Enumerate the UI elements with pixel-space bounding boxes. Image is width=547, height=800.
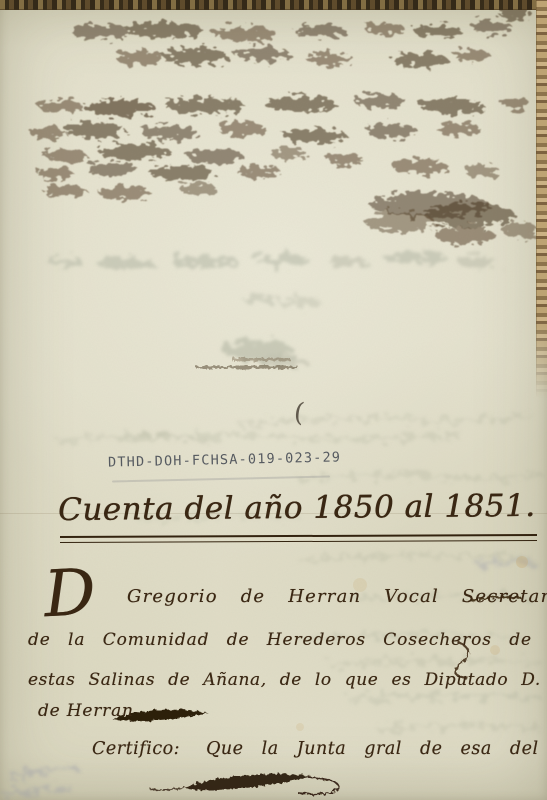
- junta-swash-entry: [150, 787, 185, 790]
- binding-edge-right: [536, 0, 547, 398]
- ink-offset-smudges: [30, 4, 538, 244]
- body-line-3: estas Salinas de Añana, de lo que es Dip…: [28, 670, 547, 690]
- ink-flourishes: [112, 597, 521, 794]
- junta-swash-tail: [298, 777, 338, 794]
- body-line-2: de la Comunidad de Herederos Cosecheros …: [28, 630, 547, 650]
- bleed-through-smudges: [47, 252, 498, 367]
- certify-label: Certifico:: [92, 739, 180, 759]
- title-double-underline: [60, 534, 537, 543]
- junta-swash-body: [185, 774, 310, 790]
- binding-edge-top: [0, 0, 547, 10]
- body-line-1: Gregorio de Herran Vocal Secretario: [127, 586, 547, 607]
- archive-reference-code: DTHD-DOH-FCHSA-019-023-29: [108, 449, 342, 470]
- certify-line: Certifico:Que la Junta gral de esa del .: [92, 739, 547, 759]
- archive-code-underline: [112, 476, 330, 483]
- center-smudge-underline: [196, 358, 298, 369]
- ornate-initial-d: D: [42, 561, 97, 628]
- certify-text: Que la Junta gral de esa del .: [206, 739, 547, 759]
- page-title: Cuenta del año 1850 al 1851.: [58, 488, 536, 528]
- body-line-4: de Herran: [38, 701, 134, 721]
- stray-paren-mark: (: [292, 397, 306, 428]
- manuscript-page: DTHD-DOH-FCHSA-019-023-29 ( Cuenta del a…: [0, 0, 547, 800]
